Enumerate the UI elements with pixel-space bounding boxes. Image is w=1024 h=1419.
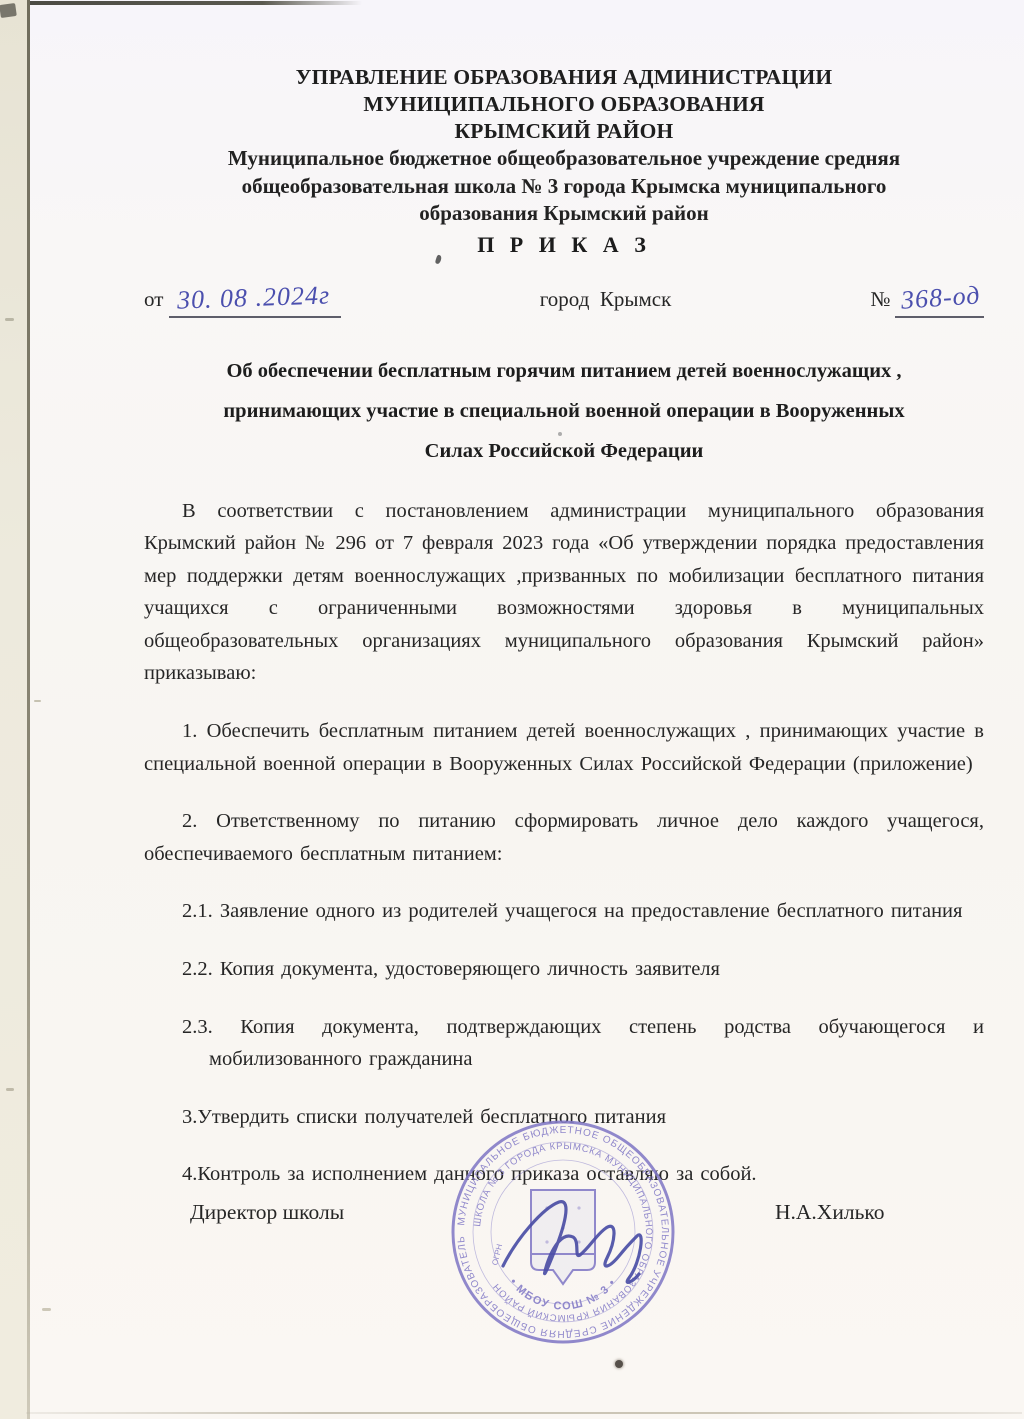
number-underline: 368-од [895, 283, 984, 318]
subject-line-1: Об обеспечении бесплатным горячим питани… [144, 351, 984, 391]
scan-speck [5, 318, 14, 321]
authority-line-2: МУНИЦИПАЛЬНОГО ОБРАЗОВАНИЯ [144, 91, 984, 118]
scan-speck [34, 700, 41, 702]
order-meta-row: от30. 08 .2024г город Крымск №368-од [144, 283, 984, 318]
scanned-order-document: УПРАВЛЕНИЕ ОБРАЗОВАНИЯ АДМИНИСТРАЦИИ МУН… [0, 0, 1024, 1419]
subject-line-2: принимающих участие в специальной военно… [144, 391, 984, 431]
number-field: №368-од [870, 283, 984, 318]
scan-speck [42, 1308, 51, 1311]
organization-line-2: общеобразовательная школа № 3 города Кры… [144, 173, 984, 201]
document-content: УПРАВЛЕНИЕ ОБРАЗОВАНИЯ АДМИНИСТРАЦИИ МУН… [144, 0, 984, 1207]
order-item-1: 1. Обеспечить бесплатным питанием детей … [144, 715, 984, 780]
paper-hole-artifact [615, 1360, 623, 1368]
letterhead: УПРАВЛЕНИЕ ОБРАЗОВАНИЯ АДМИНИСТРАЦИИ МУН… [144, 64, 984, 258]
signoff-name: Н.А.Хилько [775, 1200, 884, 1225]
official-stamp: МУНИЦИПАЛЬНОЕ БЮДЖЕТНОЕ ОБЩЕОБРАЗОВАТЕЛЬ… [447, 1116, 679, 1348]
order-item-2-1: 2.1. Заявление одного из родителей учаще… [144, 895, 984, 928]
scan-edge-strip [0, 0, 27, 1419]
subject-line-3: Силах Российской Федерации [144, 431, 984, 471]
intro-paragraph: В соответствии с постановлением админист… [144, 495, 984, 691]
order-subject: Об обеспечении бесплатным горячим питани… [144, 351, 984, 471]
organization-line-1: Муниципальное бюджетное общеобразователь… [144, 145, 984, 173]
scan-corner-artifact [0, 3, 17, 18]
scan-speck [6, 1088, 14, 1091]
order-item-2-2: 2.2. Копия документа, удостоверяющего ли… [144, 953, 984, 986]
date-underline: 30. 08 .2024г [169, 283, 340, 318]
place-label: город Крымск [341, 287, 871, 312]
date-field: от30. 08 .2024г [144, 283, 341, 318]
order-item-2-3: 2.3. Копия документа, подтверждающих сте… [144, 1011, 984, 1076]
stamp-graphic: МУНИЦИПАЛЬНОЕ БЮДЖЕТНОЕ ОБЩЕОБРАЗОВАТЕЛЬ… [447, 1116, 679, 1348]
date-label: от [144, 287, 163, 311]
order-word: П Р И К А З [144, 232, 984, 258]
order-item-2: 2. Ответственному по питанию сформироват… [144, 805, 984, 870]
scan-bottom-edge-artifact [26, 1412, 1022, 1414]
organization-line-3: образования Крымский район [144, 200, 984, 228]
scan-speck [558, 432, 562, 436]
authority-line-3: КРЫМСКИЙ РАЙОН [144, 118, 984, 145]
authority-line-1: УПРАВЛЕНИЕ ОБРАЗОВАНИЯ АДМИНИСТРАЦИИ [144, 64, 984, 91]
handwritten-date: 30. 08 .2024г [177, 280, 331, 315]
order-body: В соответствии с постановлением админист… [144, 495, 984, 1192]
page-edge-line [27, 0, 30, 1419]
signoff-role: Директор школы [190, 1200, 344, 1225]
handwritten-number: 368-од [900, 280, 981, 315]
number-label: № [870, 287, 890, 311]
